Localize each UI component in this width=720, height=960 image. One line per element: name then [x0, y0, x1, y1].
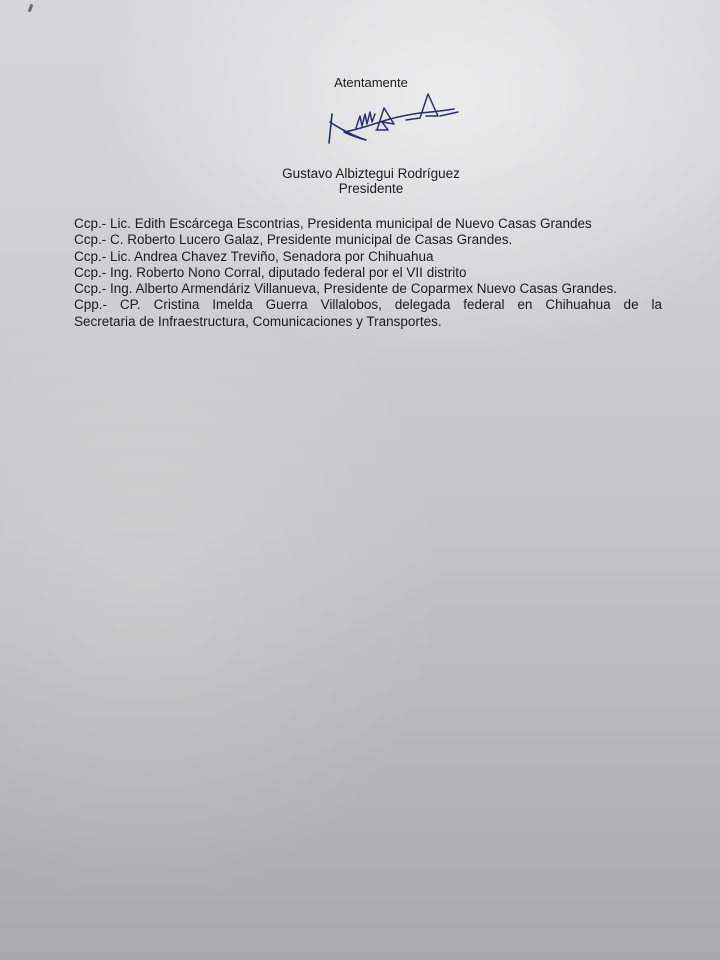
- cc-line: Ccp.- Ing. Alberto Armendáriz Villanueva…: [74, 281, 662, 297]
- cc-line: Ccp.- Ing. Roberto Nono Corral, diputado…: [74, 265, 662, 281]
- document-page: Atentamente Gustavo Albiztegui Rodríguez…: [0, 0, 720, 960]
- signer-name: Gustavo Albiztegui Rodríguez: [0, 166, 720, 181]
- cc-line: Cpp.- CP. Cristina Imelda Guerra Villalo…: [74, 297, 662, 313]
- cc-line: Secretaria de Infraestructura, Comunicac…: [74, 314, 662, 330]
- cc-line: Ccp.- C. Roberto Lucero Galaz, President…: [74, 232, 662, 248]
- carbon-copy-list: Ccp.- Lic. Edith Escárcega Escontrias, P…: [74, 216, 662, 330]
- cc-line: Ccp.- Lic. Edith Escárcega Escontrias, P…: [74, 216, 662, 232]
- signature-icon: [322, 88, 467, 148]
- cc-line: Ccp.- Lic. Andrea Chavez Treviño, Senado…: [74, 249, 662, 265]
- paper-mark: [28, 4, 34, 13]
- signer-title: Presidente: [0, 181, 720, 196]
